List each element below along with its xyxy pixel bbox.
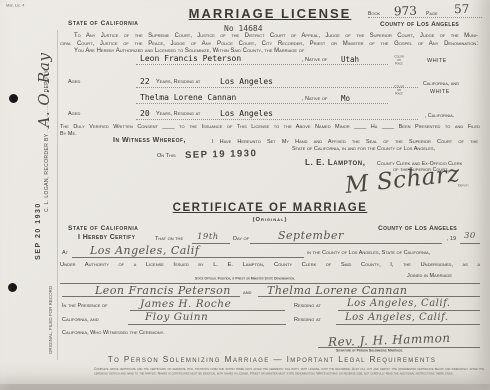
groom-race-label: Color or Race: [388, 55, 410, 66]
bride-native-label: , Native of: [302, 96, 327, 102]
certify-bold: I Hereby Certify: [78, 234, 135, 241]
certificate-subtitle: (Original): [190, 217, 350, 223]
at-label: At: [62, 250, 68, 256]
official-position-caption: State Official Position, if Priest or Mi…: [170, 277, 320, 281]
license-county-heading: County of Los Angeles: [380, 21, 459, 28]
margin-signature: A. O. Ray: [35, 39, 55, 141]
bride-residence: Los Angeles: [220, 109, 273, 118]
certify-rest: That on the: [155, 236, 183, 242]
witness2-res-rule: [336, 324, 480, 325]
groom-residence: Los Angeles: [220, 77, 273, 86]
witness2-residence: Los Angeles, Calif.: [345, 312, 449, 323]
form-code: Mar. Lic. 4: [6, 3, 24, 8]
bride-race-label: Color or Race: [388, 85, 410, 96]
groom-native-value: Utah: [341, 55, 359, 64]
issue-date-stamp: SEP 19 1930: [185, 148, 258, 161]
license-state-heading: State of California: [68, 20, 139, 27]
witness2-rule: [128, 324, 286, 325]
page-number: 57: [454, 2, 470, 16]
day-of-label: Day of: [233, 236, 249, 242]
witness2-name: Floy Guinn: [145, 311, 208, 323]
groom-residing-label: Years, Residing at: [156, 79, 200, 85]
scan-bottom-edge: [0, 384, 490, 390]
consent-line-2: By Me.: [60, 131, 77, 137]
groom-residence-rule: [136, 87, 418, 88]
groom-race-value: WHITE: [427, 58, 447, 64]
bride-name: Thelma Lorene Cannan: [140, 93, 236, 102]
scanned-marriage-license-document: Mar. Lic. 4 C. L. LOGAN, RECORDER BY ...…: [0, 0, 490, 390]
groom-aged-label: Aged: [68, 79, 80, 85]
witnessed-line: California, Who Witnessed the Ceremony.: [62, 330, 165, 336]
bride-name-rule: [136, 103, 388, 104]
hole-punch-top: [9, 94, 18, 103]
license-number-stamp: No 14684: [224, 24, 263, 33]
california-and-label: California, and: [62, 317, 99, 323]
year-prefix: , 19: [447, 236, 456, 242]
form-left-border: [57, 30, 58, 360]
groom-native-label: , Native of: [302, 57, 327, 63]
signature-caption: Signature of Person Solemnizing Marriage…: [336, 349, 403, 353]
certificate-state-heading: State of California: [68, 225, 139, 232]
witness-whereof-bold: In Witness Whereof,: [113, 137, 186, 144]
footer-heading: To Person Solemnizing Marriage — Importa…: [60, 355, 484, 364]
residing-label-2: Residing at: [294, 317, 321, 323]
certificate-county-heading: County of Los Angeles: [378, 225, 457, 232]
consent-line: The Duly Verified Written Consent ____ t…: [60, 124, 480, 130]
bride-age: 20: [140, 109, 150, 118]
groom-state-suffix: California, and: [423, 81, 459, 87]
bride-residing-label: Years, Residing at: [156, 111, 200, 117]
on-this-label: On This: [157, 153, 176, 159]
clerk-name: L. E. Lampton,: [305, 158, 366, 167]
book-page-rule: [368, 17, 482, 18]
bride-residence-rule: [136, 119, 418, 120]
groom-name: Leon Francis Peterson: [140, 54, 241, 63]
intro-line-2: cipal Court, Justice of the Peace, Judge…: [60, 41, 478, 47]
footer-fine-print: Complete above certificate and the certi…: [94, 367, 484, 376]
groom-name-rule: [136, 64, 388, 65]
ceremony-year: 30: [464, 231, 476, 241]
witness1-name: James H. Roche: [140, 298, 231, 310]
month-rule: [250, 243, 442, 244]
filing-date-stamp: SEP 20 1930: [35, 200, 49, 262]
groom-age: 22: [140, 77, 150, 86]
place-rule: [72, 257, 304, 258]
year-rule: [460, 243, 480, 244]
filed-for-record-label: ORIGINAL, FILED FOR RECORD: [48, 276, 56, 364]
authority-line: Under Authority of a License Issued by L…: [60, 262, 480, 268]
and-label: and: [243, 290, 251, 296]
solemnizer-rule: [318, 347, 480, 348]
ceremony-day: 19th: [197, 232, 219, 242]
place-suffix: in the County of Los Angeles, State of C…: [307, 250, 430, 256]
license-title: MARRIAGE LICENSE: [160, 6, 380, 21]
ceremony-place: Los Angeles, Calif: [90, 244, 199, 257]
bride-race-value: WHITE: [430, 89, 450, 95]
ceremony-month: September: [278, 229, 344, 242]
presence-label: In the Presence of: [62, 303, 108, 309]
joined-label: Joined in Marriage: [407, 273, 452, 279]
certificate-title: CERTIFICATE OF MARRIAGE: [140, 202, 400, 214]
residing-label-1: Residing at: [294, 303, 321, 309]
witness1-res-rule: [338, 310, 480, 311]
intro-line-1: To Any Justice of the Supreme Court, Jus…: [74, 33, 478, 39]
bride-hw-rule: [258, 296, 480, 297]
witness1-residence: Los Angeles, Calif.: [347, 298, 451, 309]
witness-line-2: State of California, in and for the Coun…: [292, 146, 435, 152]
hole-punch-bottom: [8, 283, 17, 292]
bride-native-value: Mo: [341, 94, 350, 103]
bride-aged-label: Aged: [68, 111, 80, 117]
bride-state-suffix: , California.: [425, 113, 454, 119]
deputy-label: Deputy: [458, 184, 469, 188]
groom-hw-rule: [62, 296, 240, 297]
witness-whereof-rest: I Have Hereunto Set My Hand and Affixed …: [212, 139, 478, 145]
